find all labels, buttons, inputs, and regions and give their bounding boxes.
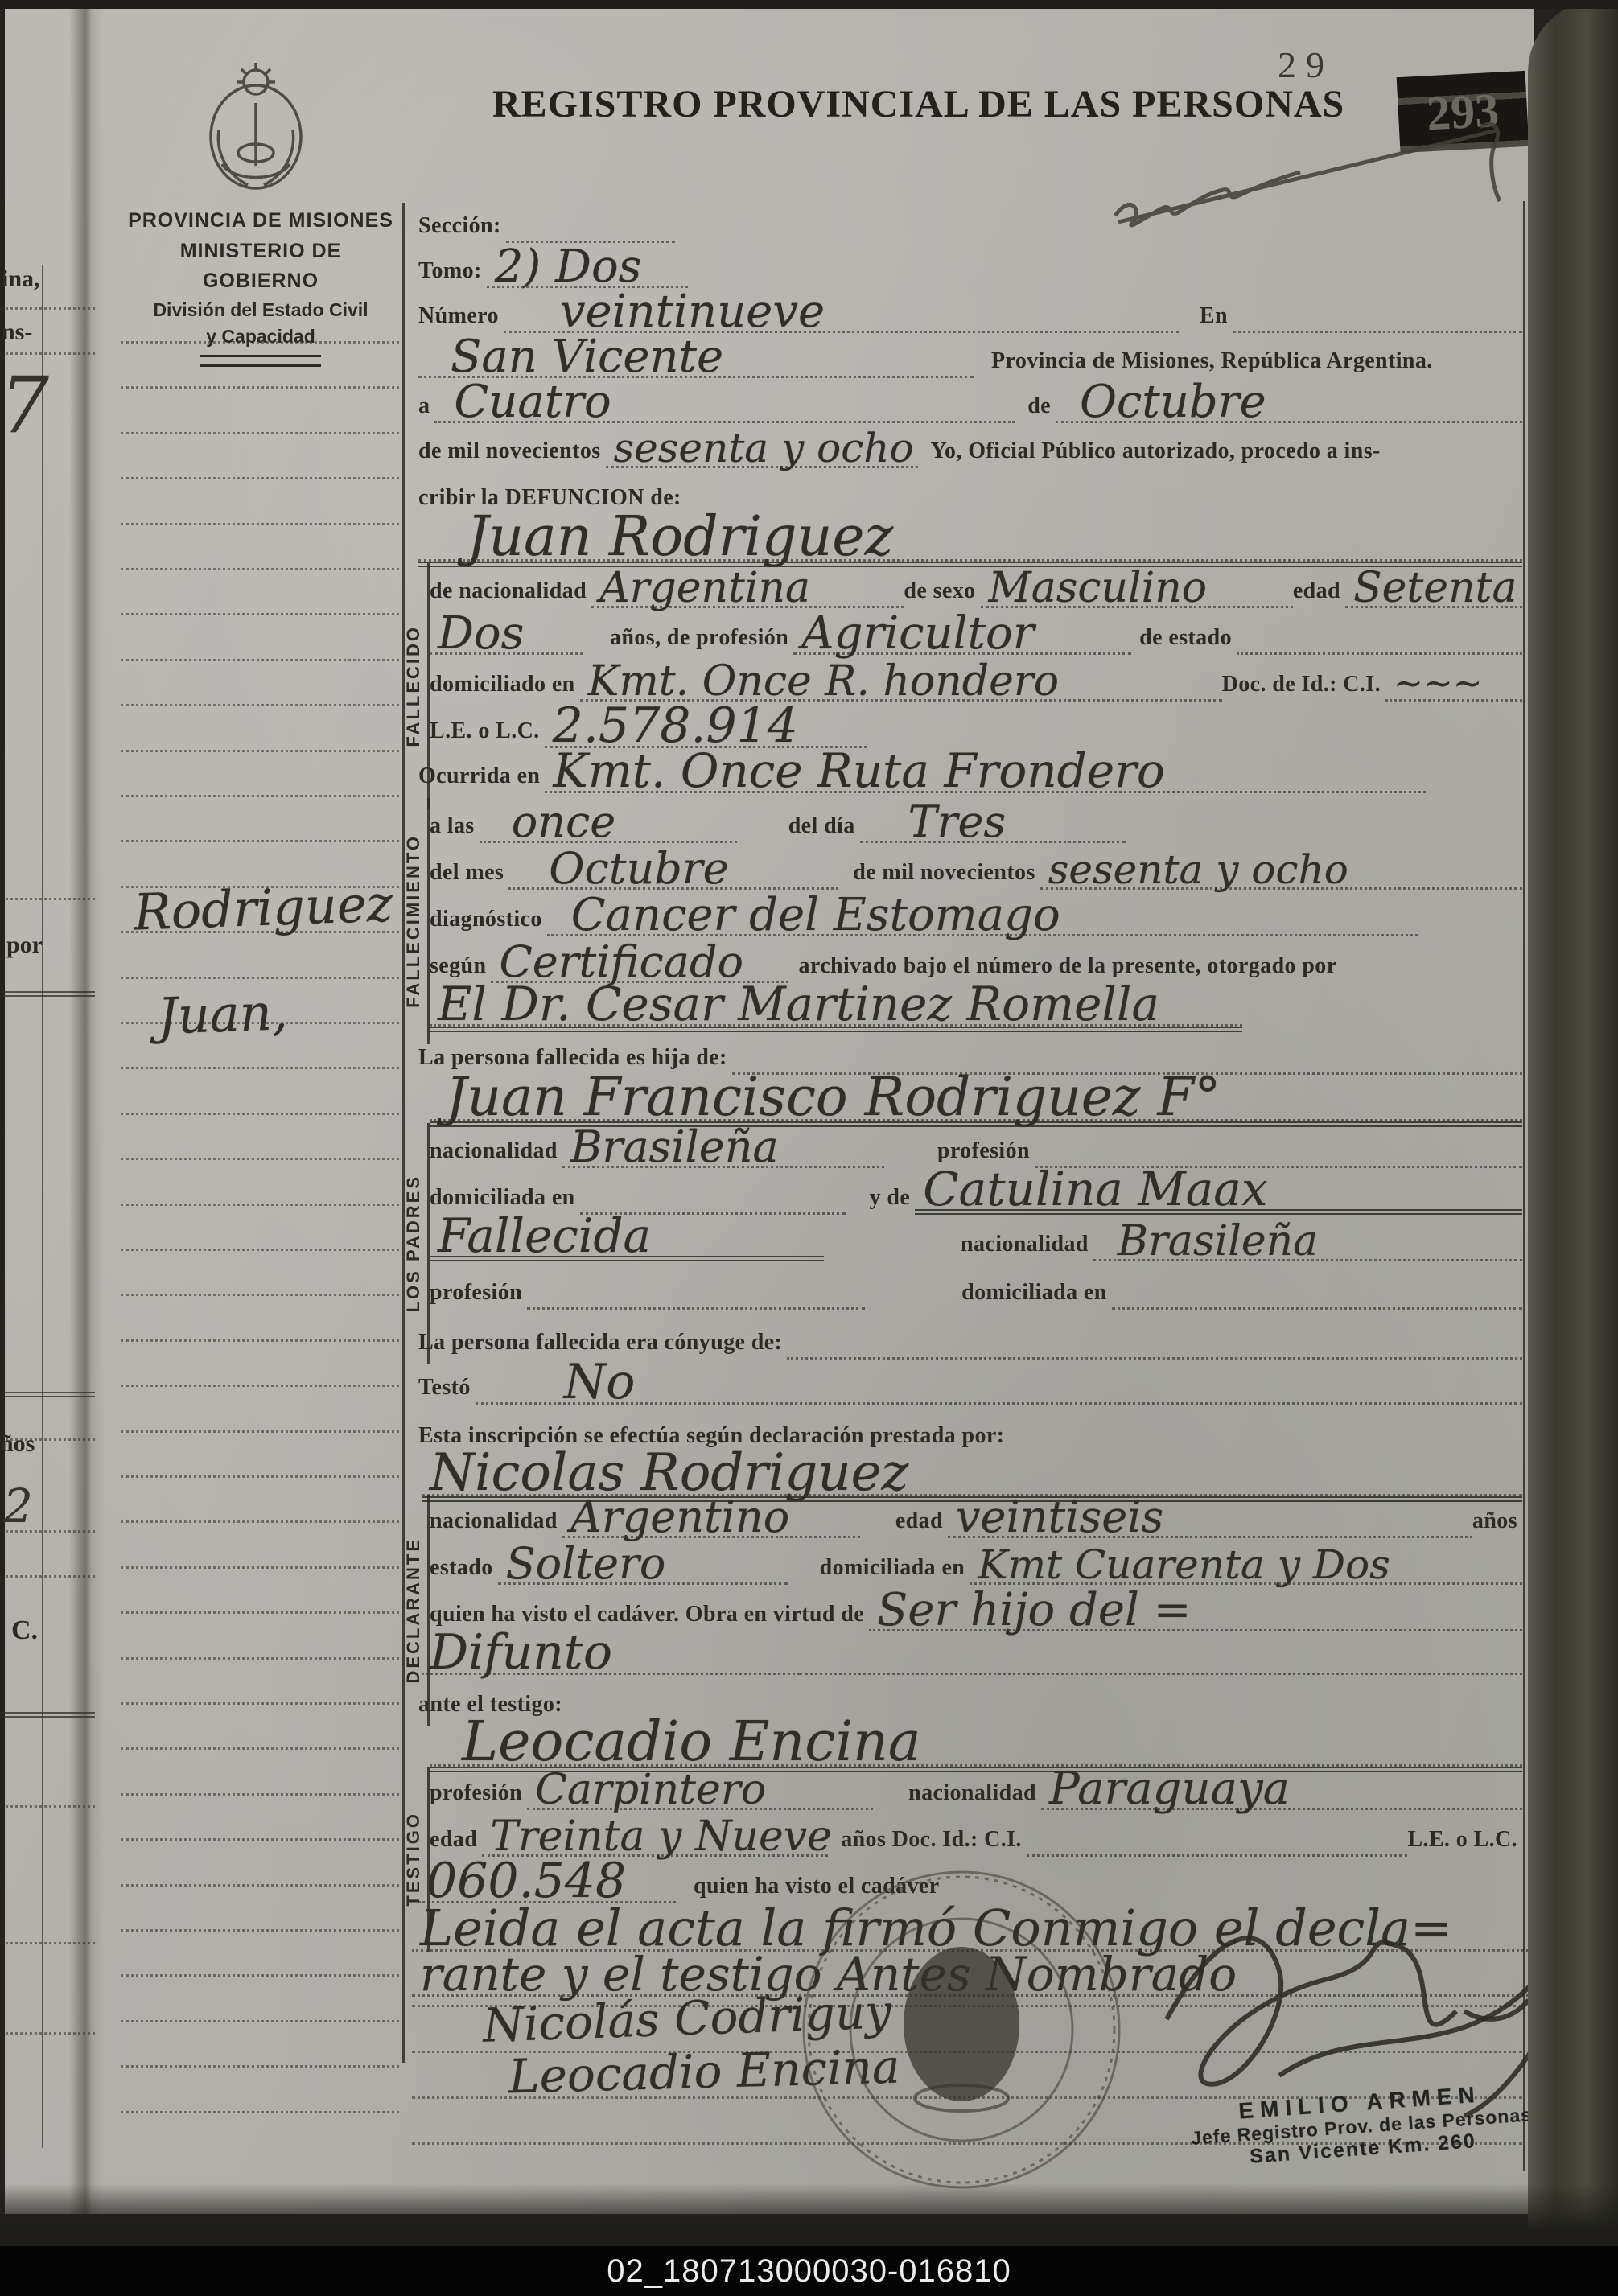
testigo-profesion-value: Carpintero xyxy=(527,1766,774,1814)
field-medico: El Dr. Cesar Martinez Romella xyxy=(430,969,1242,1032)
round-seal xyxy=(788,1857,1134,2203)
margin-line xyxy=(121,386,399,389)
testigo-nac-value: Paraguaya xyxy=(1041,1763,1298,1815)
edge-line-stub xyxy=(0,307,95,310)
margin-line xyxy=(121,613,399,615)
de-label: de xyxy=(1027,393,1056,423)
margin-line xyxy=(121,1838,399,1841)
agency-line: PROVINCIA DE MISIONES xyxy=(121,206,401,237)
domiciliada-madre-label: domiciliada en xyxy=(961,1280,1112,1310)
margin-line xyxy=(121,1974,399,1977)
margin-line xyxy=(121,1113,399,1115)
estado-label: de estado xyxy=(1139,625,1237,655)
margin-line xyxy=(121,1158,399,1160)
anios-profesion-label: años, de profesión xyxy=(610,625,793,655)
record-number-stamp: 29 xyxy=(1278,43,1334,86)
le-label: L.E. o L.C. xyxy=(430,718,545,748)
testigo-profesion-label: profesión xyxy=(430,1780,527,1810)
field-diagnostico: diagnóstico Cancer del Estomago xyxy=(430,891,1522,936)
edge-fragment: por xyxy=(6,932,43,959)
edge-fragment: ns- xyxy=(2,319,32,346)
madre-value: Catulina Maax xyxy=(915,1162,1275,1216)
margin-line xyxy=(121,1611,399,1614)
edge-line-stub xyxy=(0,2032,95,2035)
novecientos-label: de mil novecientos xyxy=(418,438,606,468)
edge-fragment-handwritten: 2 xyxy=(3,1479,33,1533)
provincia-label: Provincia de Misiones, República Argenti… xyxy=(991,348,1438,378)
a-las-label: a las xyxy=(430,813,480,843)
edge-fragment: C. xyxy=(11,1615,38,1646)
nac-padre-value: Brasileña xyxy=(562,1121,787,1172)
margin-line xyxy=(121,1929,399,1932)
image-caption: 02_180713000030-016810 xyxy=(607,2253,1011,2290)
agency-line: y Capacidad xyxy=(121,323,401,350)
testo-value: No xyxy=(476,1354,644,1410)
edge-line-stub xyxy=(0,1575,95,1578)
sexo-value: Masculino xyxy=(981,564,1216,612)
mes-value: Octubre xyxy=(1056,376,1274,428)
margin-line xyxy=(121,523,399,525)
field-edad2-profesion: Dos años, de profesión Agricultor de est… xyxy=(430,610,1522,655)
margin-line xyxy=(121,750,399,752)
margin-line xyxy=(121,1520,399,1523)
nac-madre-value: Brasileña xyxy=(1093,1217,1326,1265)
oficial-label: Yo, Oficial Público autorizado, procedo … xyxy=(931,438,1385,468)
edge-line-stub xyxy=(0,1942,95,1944)
margin-line xyxy=(121,341,399,344)
margin-line xyxy=(121,1475,399,1478)
y-de-label: y de xyxy=(870,1185,916,1215)
testigo-le-label: L.E. o L.C. xyxy=(1407,1827,1522,1857)
margin-line xyxy=(121,432,399,434)
book-gutter-shadow xyxy=(69,0,105,2214)
edge-fragment: ños xyxy=(0,1430,35,1458)
seccion-label: Sección: xyxy=(418,213,506,243)
ocurrida-label: Ocurrida en xyxy=(418,763,545,793)
agency-line: División del Estado Civil xyxy=(121,297,401,323)
margin-line xyxy=(121,477,399,479)
section-label-fallecimiento: FALLECIMIENTO xyxy=(400,798,430,1044)
profesion-madre-label: profesión xyxy=(430,1280,527,1310)
novecientos-label: de mil novecientos xyxy=(853,860,1040,890)
dia-value: Cuatro xyxy=(434,376,619,428)
nacionalidad-madre-label: nacionalidad xyxy=(961,1232,1093,1261)
edad-value-2: Dos xyxy=(430,607,532,660)
agency-line: MINISTERIO DE GOBIERNO xyxy=(121,237,401,297)
ci-value: ~~~ xyxy=(1385,663,1491,704)
margin-line xyxy=(121,568,399,570)
margin-line xyxy=(121,1385,399,1387)
margin-line xyxy=(121,840,399,842)
field-tomo: Tomo: 2) Dos xyxy=(418,243,1522,288)
margin-line xyxy=(121,1430,399,1433)
field-fecha-dia: a Cuatro de Octubre xyxy=(418,378,1522,423)
profesion-value: Agricultor xyxy=(793,607,1042,660)
numero-label: Número xyxy=(418,303,504,333)
field-testigo-edad: edad Treinta y Nueve años Doc. Id.: C.I.… xyxy=(430,1812,1522,1857)
field-fallecida: Fallecida nacionalidad Brasileña xyxy=(430,1216,1522,1261)
tomo-label: Tomo: xyxy=(418,258,487,288)
margin-line xyxy=(121,659,399,661)
edge-line-stub xyxy=(0,1438,95,1441)
virtud-value-1: Ser hijo del = xyxy=(869,1584,1200,1636)
diagnostico-value: Cancer del Estomago xyxy=(547,889,1068,941)
margin-line xyxy=(121,2065,399,2068)
edad-label: edad xyxy=(1293,578,1345,608)
field-ocurrida: Ocurrida en Kmt. Once Ruta Frondero xyxy=(418,748,1522,793)
nacionalidad-padre-label: nacionalidad xyxy=(430,1138,562,1168)
ocurrida-value: Kmt. Once Ruta Frondero xyxy=(545,743,1172,798)
agency-underline xyxy=(200,355,321,367)
virtud-value-2: Difunto xyxy=(422,1624,620,1681)
margin-line xyxy=(121,1793,399,1796)
edge-line-stub xyxy=(0,898,95,900)
margin-line xyxy=(121,1294,399,1296)
margin-line xyxy=(121,704,399,706)
margin-line xyxy=(121,1884,399,1887)
declarante-anios-label: años xyxy=(1472,1508,1522,1538)
testigo-doc-label: años Doc. Id.: C.I. xyxy=(841,1827,1027,1857)
dia-fallecimiento-value: Tres xyxy=(860,796,1015,847)
fallecida-value: Fallecida xyxy=(430,1208,659,1263)
field-libreta: L.E. o L.C. 2.578.914 xyxy=(430,703,1522,748)
declarante-domicilio-value: Kmt Cuarenta y Dos xyxy=(970,1541,1398,1588)
hora-value: once xyxy=(480,796,624,847)
caption-bar: 02_180713000030-016810 xyxy=(0,2246,1618,2296)
diagnostico-label: diagnóstico xyxy=(430,907,547,936)
field-hora-dia: a las once del día Tres xyxy=(430,798,1522,843)
field-numero: Número veintinueve En xyxy=(418,288,1522,333)
field-testo: Testó No xyxy=(418,1360,1522,1405)
anio-fallecimiento-value: sesenta y ocho xyxy=(1040,846,1357,893)
padre-value: Juan Francisco Rodriguez F° xyxy=(430,1066,1229,1128)
field-anio: de mil novecientos sesenta y ocho Yo, Of… xyxy=(418,423,1522,468)
edge-line-stub xyxy=(0,1530,95,1533)
margin-line xyxy=(121,1339,399,1342)
book-edge-right xyxy=(1528,0,1618,2246)
margin-surname: Rodriguez xyxy=(133,883,393,932)
edge-line-stub xyxy=(0,352,95,355)
medico-value: El Dr. Cesar Martinez Romella xyxy=(430,977,1167,1031)
difunto-value: Juan Rodriguez xyxy=(418,505,901,569)
testigo-nacionalidad-label: nacionalidad xyxy=(908,1780,1041,1810)
en-label: En xyxy=(1200,303,1233,333)
margin-line xyxy=(121,1702,399,1705)
previous-page-rule xyxy=(42,265,43,2148)
edge-line-stub xyxy=(0,1805,95,1808)
margin-line xyxy=(121,2111,399,2113)
field-domicilio: domiciliado en Kmt. Once R. hondero Doc.… xyxy=(430,656,1522,702)
field-declarante-estado: estado Soltero domiciliada en Kmt Cuaren… xyxy=(430,1540,1522,1585)
margin-line xyxy=(121,795,399,797)
margin-line xyxy=(121,1657,399,1660)
photo-edge-top xyxy=(0,0,1618,9)
page-right-rule xyxy=(1523,201,1525,2171)
declarante-domicilio-label: domiciliada en xyxy=(820,1555,970,1585)
field-testigo-nombre: Leocadio Encina xyxy=(430,1704,1522,1772)
edge-line-stub xyxy=(0,1392,95,1397)
margin-line xyxy=(121,1747,399,1750)
declarante-estado-value: Soltero xyxy=(498,1538,674,1589)
field-declarante-nac-edad: nacionalidad Argentino edad veintiseis a… xyxy=(430,1493,1522,1538)
testo-label: Testó xyxy=(418,1375,476,1405)
field-nacionalidad-sexo-edad: de nacionalidad Argentina de sexo Mascul… xyxy=(430,563,1522,608)
margin-line xyxy=(121,977,399,979)
national-emblem-icon xyxy=(201,53,311,200)
mes-fallecimiento-value: Octubre xyxy=(508,843,736,894)
a-label: a xyxy=(418,393,434,423)
photo-edge-bottom xyxy=(0,2183,1618,2246)
field-prof-domicilio-madre: profesión domiciliada en xyxy=(430,1265,1522,1310)
margin-line xyxy=(121,1249,399,1251)
field-padre: Juan Francisco Rodriguez F° xyxy=(430,1057,1522,1127)
field-conyuge: La persona fallecida era cónyuge de: xyxy=(418,1315,1522,1360)
field-mes-anio: del mes Octubre de mil novecientos sesen… xyxy=(430,845,1522,890)
declarante-estado-label: estado xyxy=(430,1555,498,1585)
margin-line xyxy=(121,1566,399,1569)
edge-line-stub xyxy=(0,991,95,997)
field-testigo-profesion: profesión Carpintero nacionalidad Paragu… xyxy=(430,1765,1522,1810)
margin-line xyxy=(121,1204,399,1206)
declarante-edad-value: veintiseis xyxy=(948,1492,1171,1542)
margin-line xyxy=(121,2020,399,2022)
edge-line-stub xyxy=(0,1712,95,1718)
nacionalidad-label: de nacionalidad xyxy=(430,578,591,608)
scanned-death-record: ina, ns- 7 por ños 2 C. REGISTRO PROVINC… xyxy=(0,0,1618,2296)
field-difunto2: Difunto xyxy=(422,1630,1522,1675)
doc-id-label: Doc. de Id.: C.I. xyxy=(1222,672,1385,702)
field-difunto: Juan Rodriguez xyxy=(418,499,1522,567)
sexo-label: de sexo xyxy=(904,578,980,608)
margin-line xyxy=(121,1067,399,1069)
field-seccion: Sección: xyxy=(418,198,1522,243)
edge-fragment: ina, xyxy=(2,265,40,293)
field-lugar: San Vicente Provincia de Misiones, Repúb… xyxy=(418,333,1522,378)
margin-given-name: Juan, xyxy=(157,992,288,1036)
declarante-nac-value: Argentino xyxy=(562,1492,797,1542)
del-mes-label: del mes xyxy=(430,860,508,890)
declarante-nacionalidad-label: nacionalidad xyxy=(430,1508,562,1538)
anio-value: sesenta y ocho xyxy=(606,425,922,471)
del-dia-label: del día xyxy=(788,813,860,843)
declarante-edad-label: edad xyxy=(895,1508,948,1538)
nacionalidad-value: Argentina xyxy=(591,564,818,612)
